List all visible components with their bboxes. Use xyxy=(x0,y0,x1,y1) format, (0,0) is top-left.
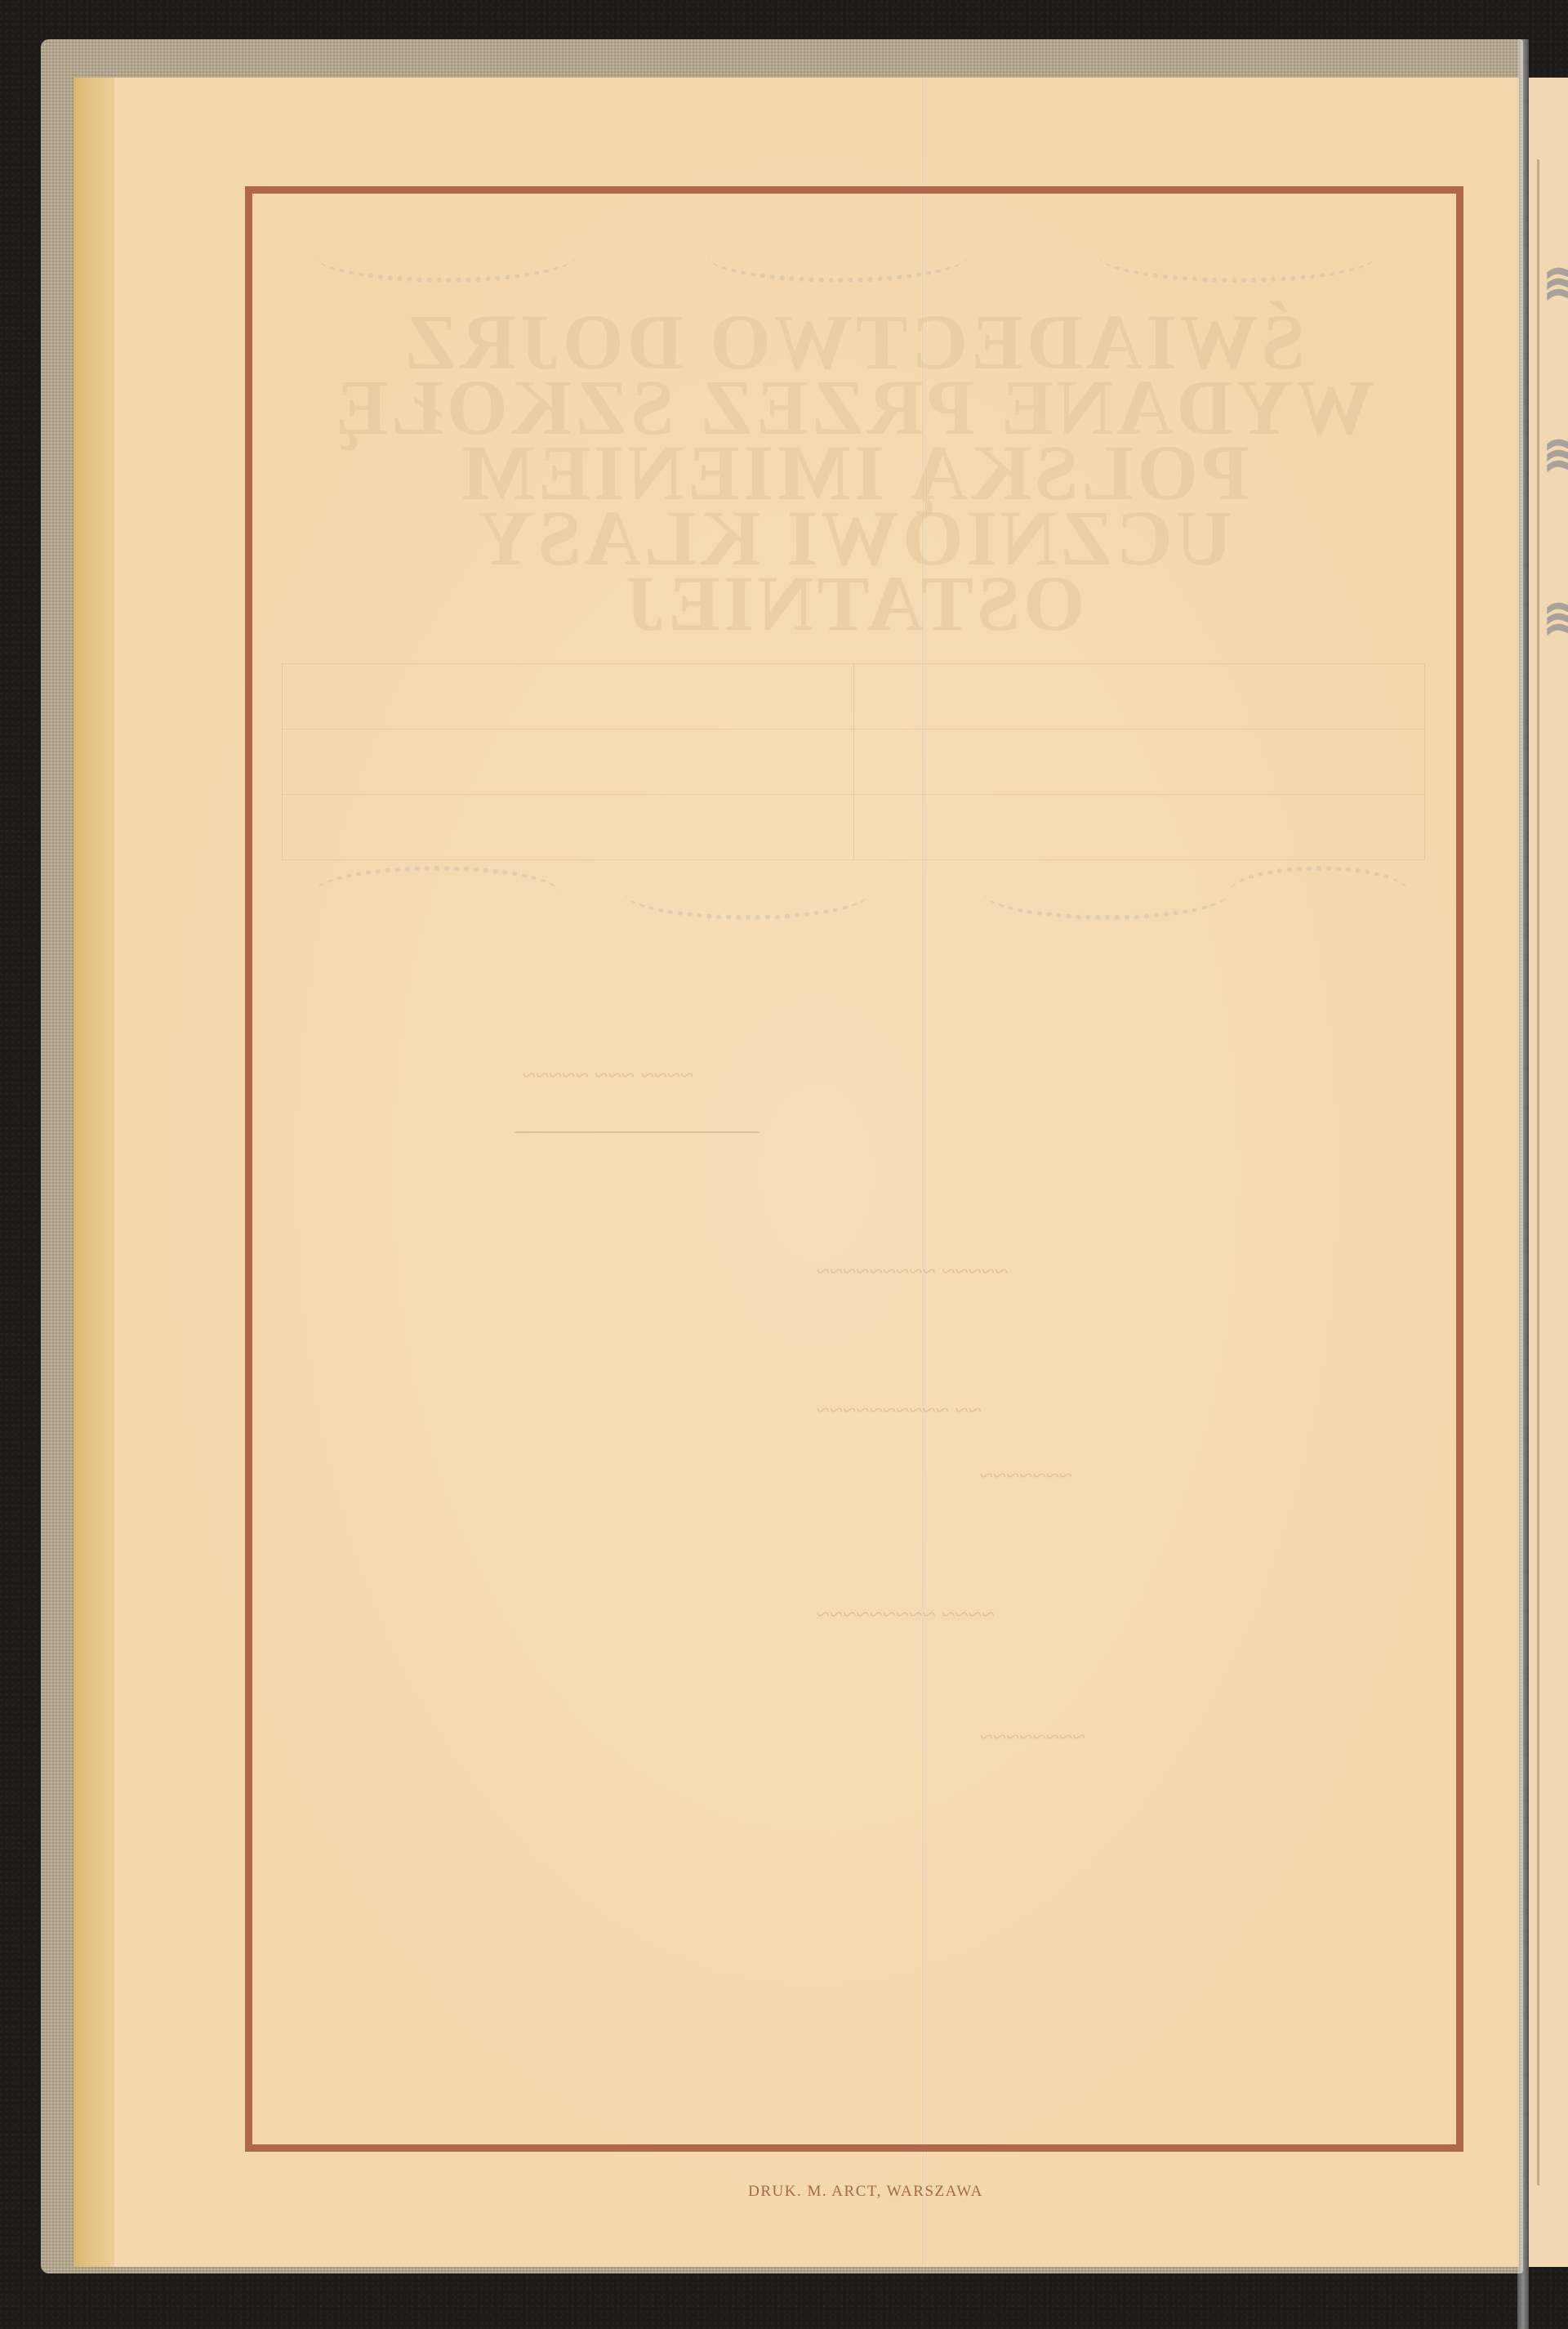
adjacent-page-ornament: ≋ xyxy=(1542,421,1568,489)
adjacent-page-frame xyxy=(1537,159,1539,2185)
adjacent-page-ornament: ≋ xyxy=(1542,249,1568,317)
adjacent-page-ornament: ≋ xyxy=(1542,584,1568,652)
printed-border-frame xyxy=(245,186,1463,2152)
scanner-glass-strip xyxy=(1517,39,1529,2329)
printer-imprint: DRUK. M. ARCT, WARSZAWA xyxy=(0,2183,1568,2201)
adjacent-page-edge: ≋ ≋ ≋ xyxy=(1529,78,1568,2267)
